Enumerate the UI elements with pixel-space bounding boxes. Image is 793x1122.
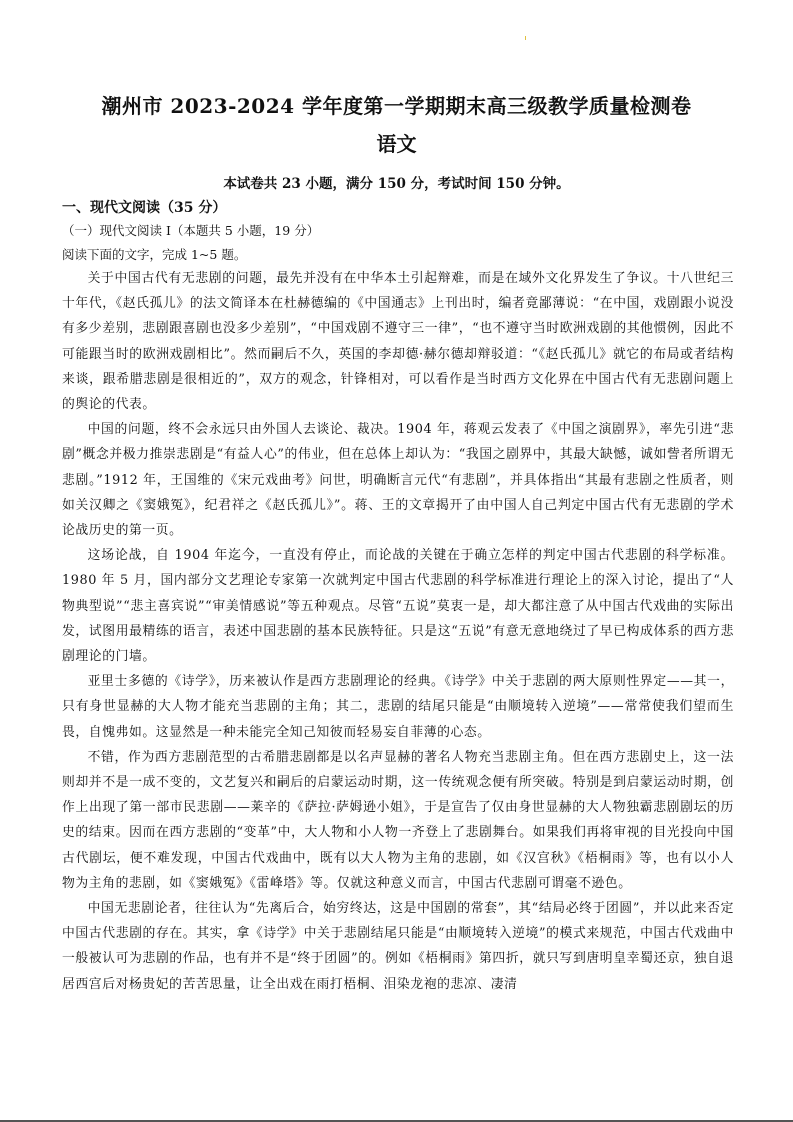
exam-page: 潮州市 2023-2024 学年度第一学期期末高三级教学质量检测卷 语文 本试卷… <box>0 0 793 1122</box>
reading-instruction: 阅读下面的文字，完成 1~5 题。 <box>62 246 246 264</box>
exam-info: 本试卷共 23 小题，满分 150 分，考试时间 150 分钟。 <box>0 174 793 194</box>
sub-section-heading: （一）现代文阅读 I（本题共 5 小题，19 分） <box>62 222 319 240</box>
passage-paragraph: 中国的问题，终不会永远只由外国人去谈论、裁决。1904 年，蒋观云发表了《中国之… <box>62 417 734 543</box>
scan-mark <box>525 36 526 40</box>
passage-paragraph: 这场论战，自 1904 年迄今，一直没有停止，而论战的关键在于确立怎样的判定中国… <box>62 543 734 669</box>
subject-title: 语文 <box>0 130 793 158</box>
reading-passage: 关于中国古代有无悲剧的问题，最先并没有在中华本土引起辩难，而是在域外文化界发生了… <box>62 266 734 997</box>
passage-paragraph: 亚里士多德的《诗学》，历来被认作是西方悲剧理论的经典。《诗学》中关于悲剧的两大原… <box>62 669 734 745</box>
passage-paragraph: 关于中国古代有无悲剧的问题，最先并没有在中华本土引起辩难，而是在域外文化界发生了… <box>62 266 734 417</box>
passage-paragraph: 中国无悲剧论者，往往认为“先离后合，始穷终达，这是中国剧的常套”，其“结局必终于… <box>62 896 734 997</box>
passage-paragraph: 不错，作为西方悲剧范型的古希腊悲剧都是以名声显赫的著名人物充当悲剧主角。但在西方… <box>62 745 734 896</box>
exam-title: 潮州市 2023-2024 学年度第一学期期末高三级教学质量检测卷 <box>0 92 793 120</box>
section-heading: 一、现代文阅读（35 分） <box>62 198 226 218</box>
